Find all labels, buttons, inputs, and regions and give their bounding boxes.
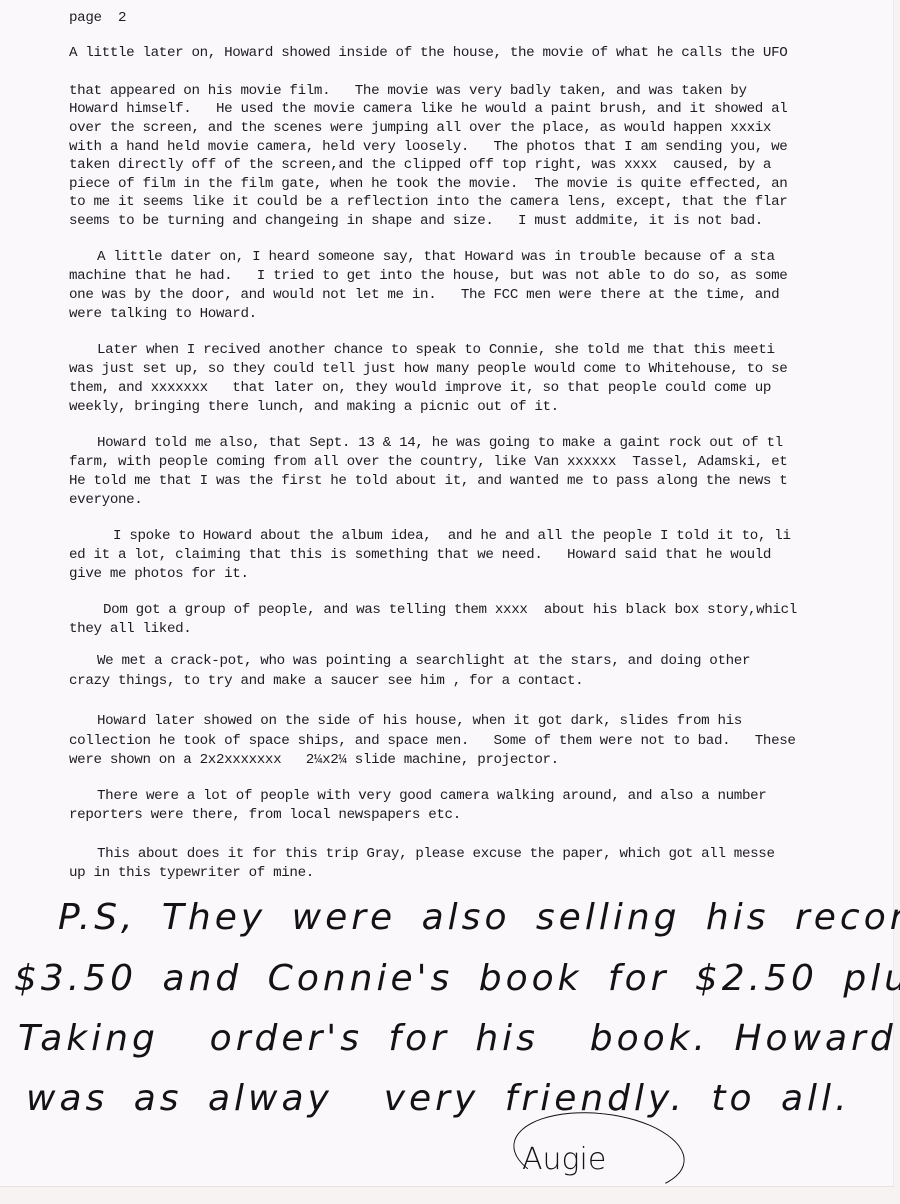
handwritten-postscript: P.S, They were also selling his record f… bbox=[0, 0, 900, 1204]
signature: Augie bbox=[522, 1142, 606, 1177]
handwritten-line: was as alway very friendly. to all. bbox=[26, 1078, 851, 1119]
typed-letter-page: page 2 A little later on, Howard showed … bbox=[0, 0, 894, 1187]
handwritten-line: P.S, They were also selling his record f… bbox=[58, 897, 900, 938]
handwritten-line: $3.50 and Connie's book for $2.50 plus bbox=[14, 958, 900, 999]
handwritten-line: Taking order's for his book. Howard bbox=[18, 1018, 897, 1059]
